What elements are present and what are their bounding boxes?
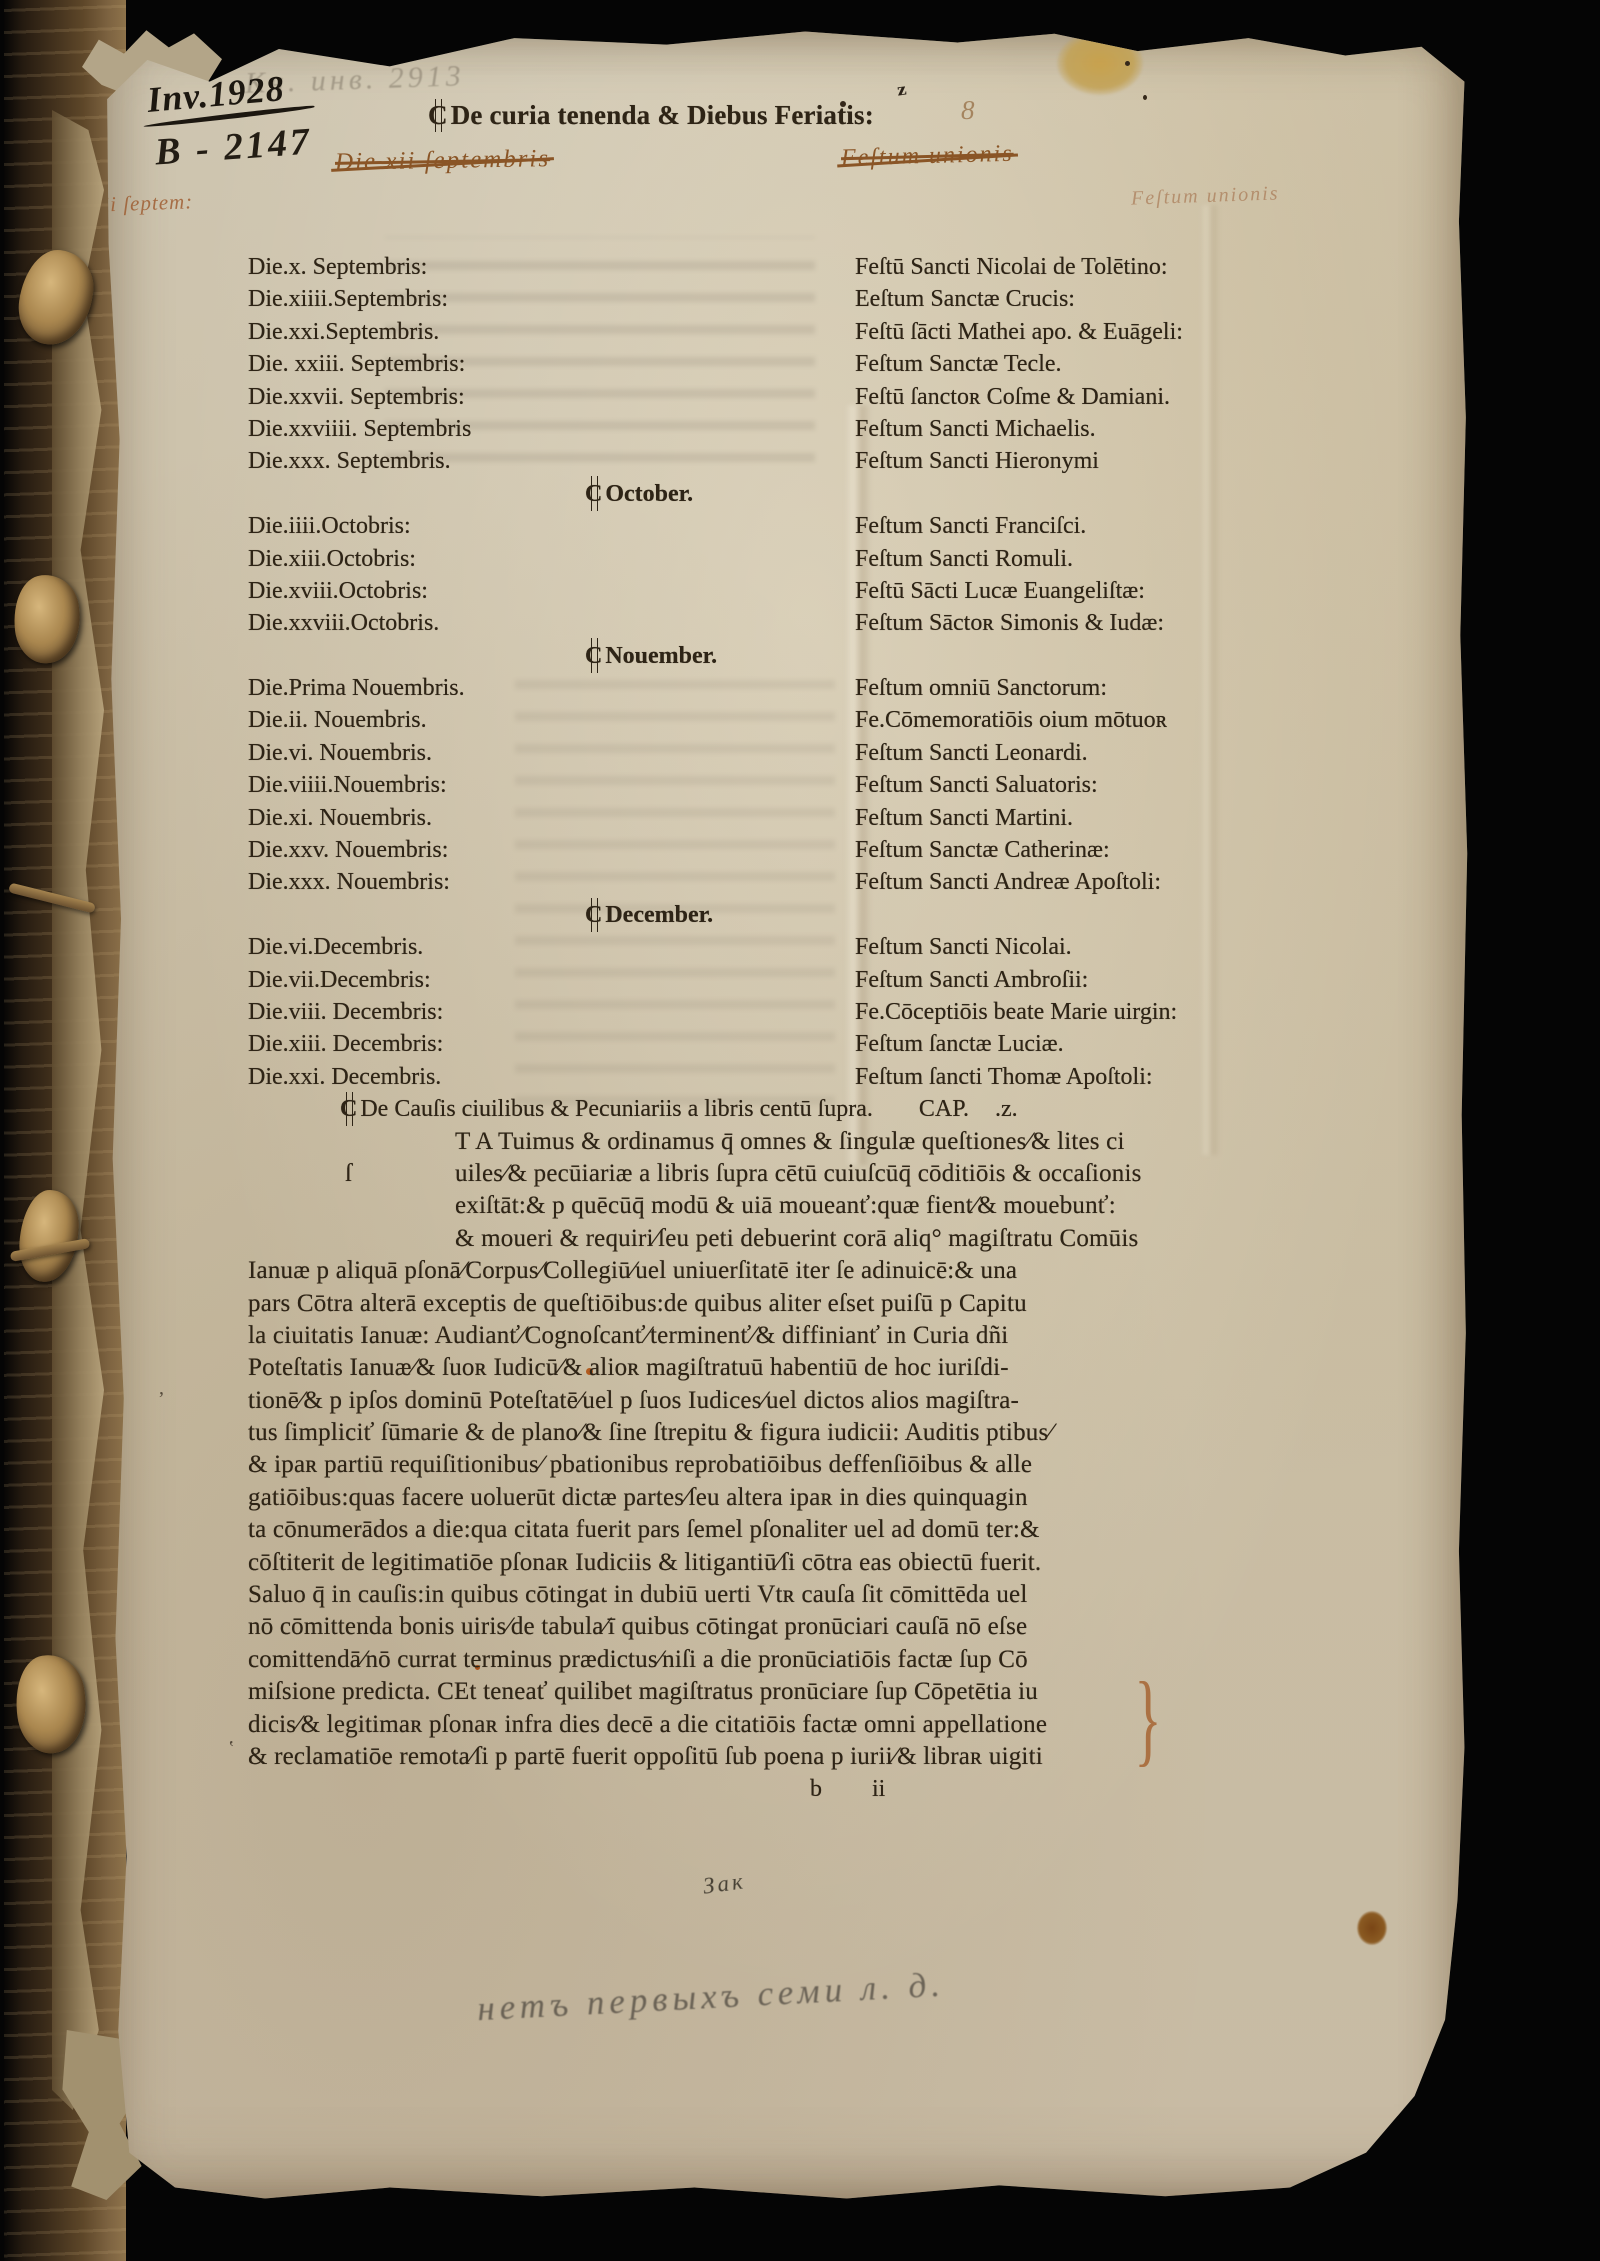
paragraph-line: T A Tuimus & ordinamus q̄ omnes & ſingul… [85, 1126, 1470, 1158]
paragraph-text: Poteſtatis Ianuæ∕& ſuoʀ Iudicū∕& alioʀ m… [248, 1354, 1009, 1381]
chapter-cap-label: CAP. [919, 1096, 969, 1122]
calendar-row: Die.xxx. Septembris.Feſtum Sancti Hieron… [85, 445, 1470, 477]
calendar-feast: Feſtum Sancti Michaelis. [855, 413, 1096, 445]
calendar-feast: Eeſtum Sanctæ Crucis: [855, 283, 1075, 315]
calendar-feast: Feſtum Sancti Saluatoris: [855, 769, 1098, 801]
paragraph-text: ta cōnumerādos a die:qua citata fuerit p… [248, 1516, 1040, 1543]
paragraph-line: ta cōnumerādos a die:qua citata fuerit p… [85, 1514, 1470, 1546]
calendar-feast: Feſtū Sācti Lucæ Euangeliſtæ: [855, 575, 1145, 607]
calendar-row: Die.xiii. Decembris:Feſtum ſanctæ Luciæ. [85, 1028, 1470, 1060]
paragraph-line: & reclamatiōe remota∕ſi p partē fuerit o… [85, 1741, 1470, 1773]
paragraph-text: comittendā∕nō currat terminus prædictus∕… [248, 1646, 1028, 1673]
paragraph-line: tionē∕& p ipſos dominū Poteſtatē∕uel p ſ… [85, 1385, 1470, 1417]
calendar-row: Die.xiii.Octobris:Feſtum Sancti Romuli. [85, 543, 1470, 575]
paragraph-line: gatiōibus:quas facere uoluerūt dictæ par… [85, 1482, 1470, 1514]
margin-note-right: Feſtum unionis [1131, 182, 1280, 210]
paragraph-text: & ipaʀ partiū requiſitionibus∕ pbationib… [248, 1451, 1032, 1478]
calendar-date: Die.Prima Nouembris. [248, 672, 465, 704]
printed-text-block: Die.x. Septembris:Feſtū Sancti Nicolai d… [85, 251, 1470, 1806]
calendar-date: Die.vii.Decembris: [248, 964, 431, 996]
quire-mark: z [896, 78, 908, 100]
paragraph-line: comittendā∕nō currat terminus prædictus∕… [85, 1644, 1470, 1676]
calendar-feast: Feſtum ſanctæ Luciæ. [855, 1028, 1064, 1060]
page-title: CDe curia tenenda & Diebus Feriatis: [428, 100, 874, 131]
month-heading-label: Nouember. [605, 643, 717, 669]
month-heading-december: CDecember. [85, 899, 1470, 931]
calendar-feast: Feſtum Sancti Nicolai. [855, 931, 1072, 963]
chapter-number: .z. [995, 1096, 1018, 1122]
paragraph-text: exiſtāt:& p quēcūq̄ modū & uiā moueanť:q… [455, 1192, 1116, 1219]
calendar-feast: Feſtum Sancti Ambroſii: [855, 964, 1088, 996]
calendar-date: Die.xxi. Decembris. [248, 1061, 441, 1093]
struck-annotation-left: Die xii ſeptembris [335, 145, 551, 177]
signature-numeral: ii [872, 1773, 885, 1805]
calendar-date: Die.viiii.Nouembris: [248, 769, 447, 801]
calendar-row: Die. xxiii. Septembris:Feſtum Sanctæ Tec… [85, 348, 1470, 380]
paragraph-text: miſsione predicta. CEt teneať quilibet m… [248, 1678, 1038, 1705]
shelfmark-note: B - 2147 [154, 120, 314, 175]
ink-speck [1125, 61, 1130, 66]
calendar-feast: Feſtum Sanctæ Catherinæ: [855, 834, 1110, 866]
chapter-heading-text: De Cauſis ciuilibus & Pecuniariis a libr… [360, 1096, 873, 1122]
paragraph-text: pars Cōtra alterā exceptis de queſtiōibu… [248, 1290, 1027, 1317]
calendar-date: Die.xxx. Septembris. [248, 445, 451, 477]
pencil-condition-note: нетъ первыхъ семи л. д. [476, 1965, 946, 2029]
calendar-date: Die.xxviii.Octobris. [248, 607, 439, 639]
paragraph-line: nō cōmittenda bonis uiris∕de tabula∕ī qu… [85, 1611, 1470, 1643]
calendar-row: Die.viiii.Nouembris:Feſtum Sancti Saluat… [85, 769, 1470, 801]
calendar-feast: Feſtum omniū Sanctorum: [855, 672, 1107, 704]
paragraph-text: Ianuæ p aliquā pſonā∕Corpus∕Collegiū∕uel… [248, 1257, 1017, 1284]
paragraph-line: exiſtāt:& p quēcūq̄ modū & uiā moueanť:q… [85, 1190, 1470, 1222]
paragraph-text: cōſtiterit de legitimatiōe pſonaʀ Iudici… [248, 1549, 1041, 1576]
calendar-row: Die.x. Septembris:Feſtū Sancti Nicolai d… [85, 251, 1470, 283]
calendar-feast: Feſtum Sancti Hieronymi [855, 445, 1099, 477]
paragraph-line: & moueri & requiri∕ſeu peti debuerint co… [85, 1223, 1470, 1255]
calendar-feast: Feſtum Sancti Andreæ Apoſtoli: [855, 866, 1161, 898]
calendar-row: Die.xxviii.Octobris.Feſtum Sāctoʀ Simoni… [85, 607, 1470, 639]
paragraph-text: Saluo q̄ in cauſis:in quibus cōtingat in… [248, 1581, 1027, 1608]
calendar-row: Die.iiii.Octobris:Feſtum Sancti Franciſc… [85, 510, 1470, 542]
paragraph-line: ſuiles∕& pecūiariæ a libris ſupra cētū c… [85, 1158, 1470, 1190]
calendar-feast: Feſtum Sancti Leonardi. [855, 737, 1088, 769]
paragraph-line: la ciuitatis Ianuæ: Audianť∕Cognoſcanť∕t… [85, 1320, 1470, 1352]
stain [1357, 1911, 1387, 1945]
calendar-row: Die.ii. Nouembris.Fe.Cōmemoratiōis oium … [85, 704, 1470, 736]
calendar-date: Die.x. Septembris: [248, 251, 427, 283]
calendar-feast: Feſtū ſanctoʀ Coſme & Damiani. [855, 381, 1170, 413]
quire-signature: bii [85, 1773, 1470, 1805]
paragraph-text: tionē∕& p ipſos dominū Poteſtatē∕uel p ſ… [248, 1387, 1019, 1414]
paragraph-line: miſsione predicta. CEt teneať quilibet m… [85, 1676, 1470, 1708]
calendar-feast: Feſtū Sancti Nicolai de Tolētino: [855, 251, 1168, 283]
calendar-feast: Feſtum Sanctæ Tecle. [855, 348, 1062, 380]
calendar-date: Die.vi.Decembris. [248, 931, 423, 963]
calendar-row: Die.xi. Nouembris.Feſtum Sancti Martini. [85, 802, 1470, 834]
paragraph-text: T A Tuimus & ordinamus q̄ omnes & ſingul… [455, 1128, 1125, 1155]
manuscript-page: Кн. инв. 2913 Inv.1928 B - 2147 z 8 Die … [85, 25, 1470, 2205]
bottom-ink-note: Зак [701, 1868, 747, 1900]
page-title-text: De curia tenenda & Diebus Feriatis: [451, 100, 874, 130]
calendar-date: Die.xxv. Nouembris: [248, 834, 448, 866]
paragraph-text: & reclamatiōe remota∕ſi p partē fuerit o… [248, 1743, 1043, 1770]
capitulum-icon: C [340, 1093, 357, 1125]
paragraph-text: gatiōibus:quas facere uoluerūt dictæ par… [248, 1484, 1028, 1511]
calendar-date: Die.viii. Decembris: [248, 996, 443, 1028]
paragraph-line: Ianuæ p aliquā pſonā∕Corpus∕Collegiū∕uel… [85, 1255, 1470, 1287]
calendar-row: Die.viii. Decembris:Fe.Cōceptiōis beate … [85, 996, 1470, 1028]
calendar-date: Die.ii. Nouembris. [248, 704, 427, 736]
paragraph-line: & ipaʀ partiū requiſitionibus∕ pbationib… [85, 1449, 1470, 1481]
calendar-row: Die.vii.Decembris:Feſtum Sancti Ambroſii… [85, 964, 1470, 996]
paragraph-text: tus ſimpliciť ſūmarie & de plano∕& ſine … [248, 1419, 1053, 1446]
calendar-date: Die.xiii.Octobris: [248, 543, 416, 575]
struck-annotation-right: Feſtum unionis [841, 141, 1014, 173]
paragraph-line: dicis∕& legitimaʀ pſonaʀ infra dies decē… [85, 1709, 1470, 1741]
calendar-feast: Feſtum ſancti Thomæ Apoſtoli: [855, 1061, 1153, 1093]
calendar-date: Die.xviii.Octobris: [248, 575, 428, 607]
month-heading-october: COctober. [85, 478, 1470, 510]
paragraph-text: dicis∕& legitimaʀ pſonaʀ infra dies decē… [248, 1711, 1047, 1738]
photo-background: Кн. инв. 2913 Inv.1928 B - 2147 z 8 Die … [0, 0, 1600, 2261]
paragraph-line: Poteſtatis Ianuæ∕& ſuoʀ Iudicū∕& alioʀ m… [85, 1352, 1470, 1384]
guide-letter: ſ [345, 1158, 352, 1190]
page-number: 8 [961, 95, 975, 126]
calendar-feast: Feſtū ſācti Mathei apo. & Euāgeli: [855, 316, 1183, 348]
paragraph-text: & moueri & requiri∕ſeu peti debuerint co… [455, 1225, 1138, 1252]
calendar-date: Die.xxi.Septembris. [248, 316, 439, 348]
month-heading-label: December. [605, 902, 713, 928]
calendar-row: Die.xxx. Nouembris:Feſtum Sancti Andreæ … [85, 866, 1470, 898]
calendar-row: Die.xiiii.Septembris:Eeſtum Sanctæ Cruci… [85, 283, 1470, 315]
calendar-row: Die.xxi.Septembris.Feſtū ſācti Mathei ap… [85, 316, 1470, 348]
calendar-row: Die.xxi. Decembris.Feſtum ſancti Thomæ A… [85, 1061, 1470, 1093]
calendar-feast: Feſtum Sancti Franciſci. [855, 510, 1086, 542]
month-heading-label: October. [605, 481, 693, 507]
calendar-row: Die.vi.Decembris.Feſtum Sancti Nicolai. [85, 931, 1470, 963]
chapter-heading: CDe Cauſis ciuilibus & Pecuniariis a lib… [85, 1093, 1470, 1125]
calendar-row: Die.xviii.Octobris:Feſtū Sācti Lucæ Euan… [85, 575, 1470, 607]
calendar-date: Die.xiiii.Septembris: [248, 283, 448, 315]
calendar-row: Die.xxv. Nouembris:Feſtum Sanctæ Catheri… [85, 834, 1470, 866]
calendar-date: Die. xxiii. Septembris: [248, 348, 465, 380]
month-heading-november: CNouember. [85, 640, 1470, 672]
calendar-feast: Fe.Cōmemoratiōis oium mōtuoʀ [855, 704, 1167, 736]
paragraph-line: cōſtiterit de legitimatiōe pſonaʀ Iudici… [85, 1547, 1470, 1579]
calendar-feast: Feſtum Sancti Martini. [855, 802, 1073, 834]
calendar-date: Die.xi. Nouembris. [248, 802, 432, 834]
capitulum-icon: C [585, 640, 602, 672]
signature-letter: b [810, 1773, 822, 1805]
stain [1057, 31, 1143, 95]
paragraph-text: la ciuitatis Ianuæ: Audianť∕Cognoſcanť∕t… [248, 1322, 1008, 1349]
capitulum-icon: C [428, 100, 448, 131]
calendar-row: Die.Prima Nouembris.Feſtum omniū Sanctor… [85, 672, 1470, 704]
calendar-row: Die.xxvii. Septembris:Feſtū ſanctoʀ Coſm… [85, 381, 1470, 413]
calendar-date: Die.xxx. Nouembris: [248, 866, 450, 898]
capitulum-icon: C [585, 899, 602, 931]
capitulum-icon: C [585, 478, 602, 510]
calendar-date: Die.xiii. Decembris: [248, 1028, 443, 1060]
paragraph-line: pars Cōtra alterā exceptis de queſtiōibu… [85, 1288, 1470, 1320]
paragraph-text: uiles∕& pecūiariæ a libris ſupra cētū cu… [455, 1160, 1142, 1187]
inventory-number-note: Inv.1928 [145, 67, 286, 121]
paragraph-text: nō cōmittenda bonis uiris∕de tabula∕ī qu… [248, 1613, 1027, 1640]
calendar-feast: Feſtum Sāctoʀ Simonis & Iudæ: [855, 607, 1164, 639]
calendar-date: Die.vi. Nouembris. [248, 737, 432, 769]
calendar-date: Die.xxviiii. Septembris [248, 413, 471, 445]
calendar-feast: Fe.Cōceptiōis beate Marie uirgin: [855, 996, 1177, 1028]
calendar-date: Die.iiii.Octobris: [248, 510, 411, 542]
ink-speck [1143, 95, 1147, 100]
calendar-row: Die.vi. Nouembris.Feſtum Sancti Leonardi… [85, 737, 1470, 769]
paragraph-line: Saluo q̄ in cauſis:in quibus cōtingat in… [85, 1579, 1470, 1611]
calendar-feast: Feſtum Sancti Romuli. [855, 543, 1073, 575]
paragraph-line: tus ſimpliciť ſūmarie & de plano∕& ſine … [85, 1417, 1470, 1449]
calendar-row: Die.xxviiii. SeptembrisFeſtum Sancti Mic… [85, 413, 1470, 445]
calendar-date: Die.xxvii. Septembris: [248, 381, 465, 413]
